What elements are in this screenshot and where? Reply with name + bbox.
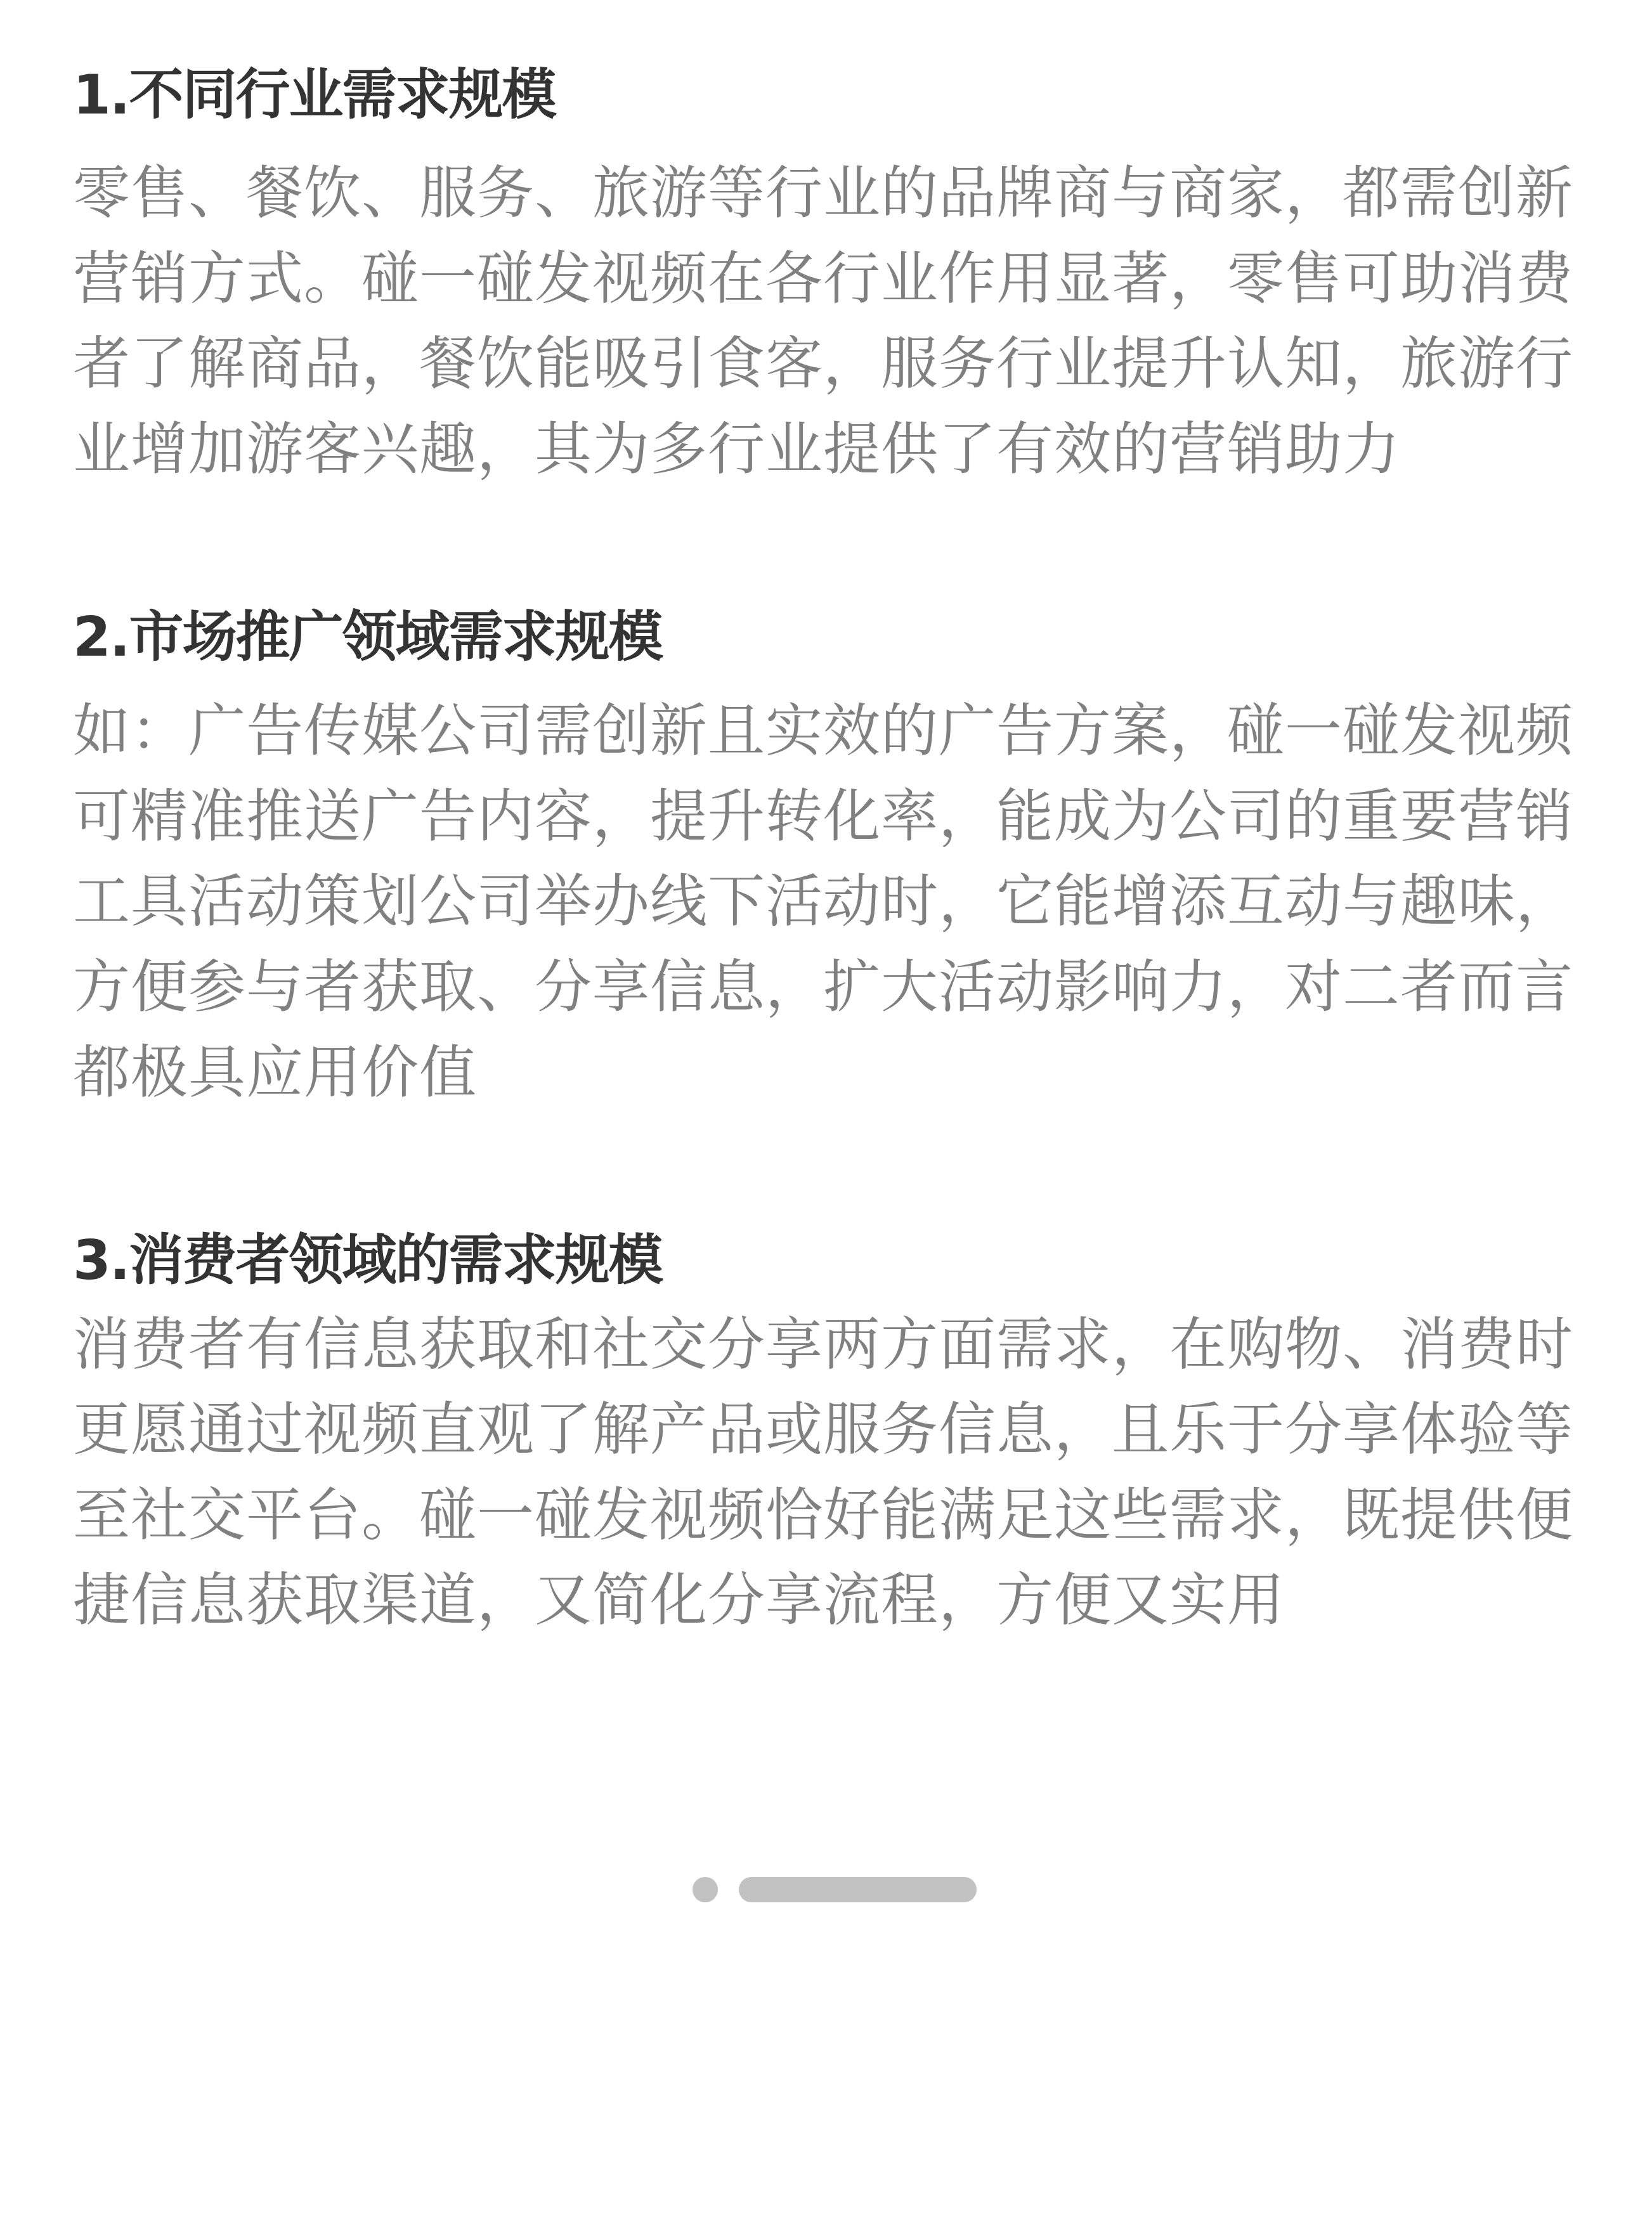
body-line: 可精准推送广告内容，提升转化率，能成为公司的重要营销 [73, 782, 1573, 852]
body-line: 工具活动策划公司举办线下活动时，它能增添互动与趣味， [73, 867, 1573, 937]
body-line: 方便参与者获取、分享信息，扩大活动影响力，对二者而言 [73, 952, 1573, 1022]
body-line: 消费者有信息获取和社交分享两方面需求，在购物、消费时 [73, 1310, 1573, 1380]
section-title: 2.市场推广领域需求规模 [73, 606, 662, 669]
body-line: 捷信息获取渠道，又简化分享流程，方便又实用 [73, 1566, 1285, 1635]
body-line: 者了解商品，餐饮能吸引食客，服务行业提升认知，旅游行 [73, 329, 1573, 399]
section-title: 1.不同行业需求规模 [73, 63, 556, 127]
section-title: 3.消费者领域的需求规模 [73, 1229, 662, 1292]
body-line: 业增加游客兴趣，其为多行业提供了有效的营销助力 [73, 415, 1400, 484]
body-line: 至社交平台。碰一碰发视频恰好能满足这些需求，既提供便 [73, 1481, 1573, 1550]
page-dot-1[interactable] [693, 1877, 718, 1902]
body-line: 零售、餐饮、服务、旅游等行业的品牌商与商家，都需创新 [73, 159, 1573, 228]
body-line: 都极具应用价值 [73, 1038, 477, 1108]
body-line: 营销方式。碰一碰发视频在各行业作用显著，零售可助消费 [73, 244, 1573, 314]
body-line: 如：广告传媒公司需创新且实效的广告方案，碰一碰发视频 [73, 696, 1573, 766]
body-line: 更愿通过视频直观了解产品或服务信息，且乐于分享体验等 [73, 1395, 1573, 1465]
page-dot-2-active[interactable] [739, 1877, 977, 1902]
